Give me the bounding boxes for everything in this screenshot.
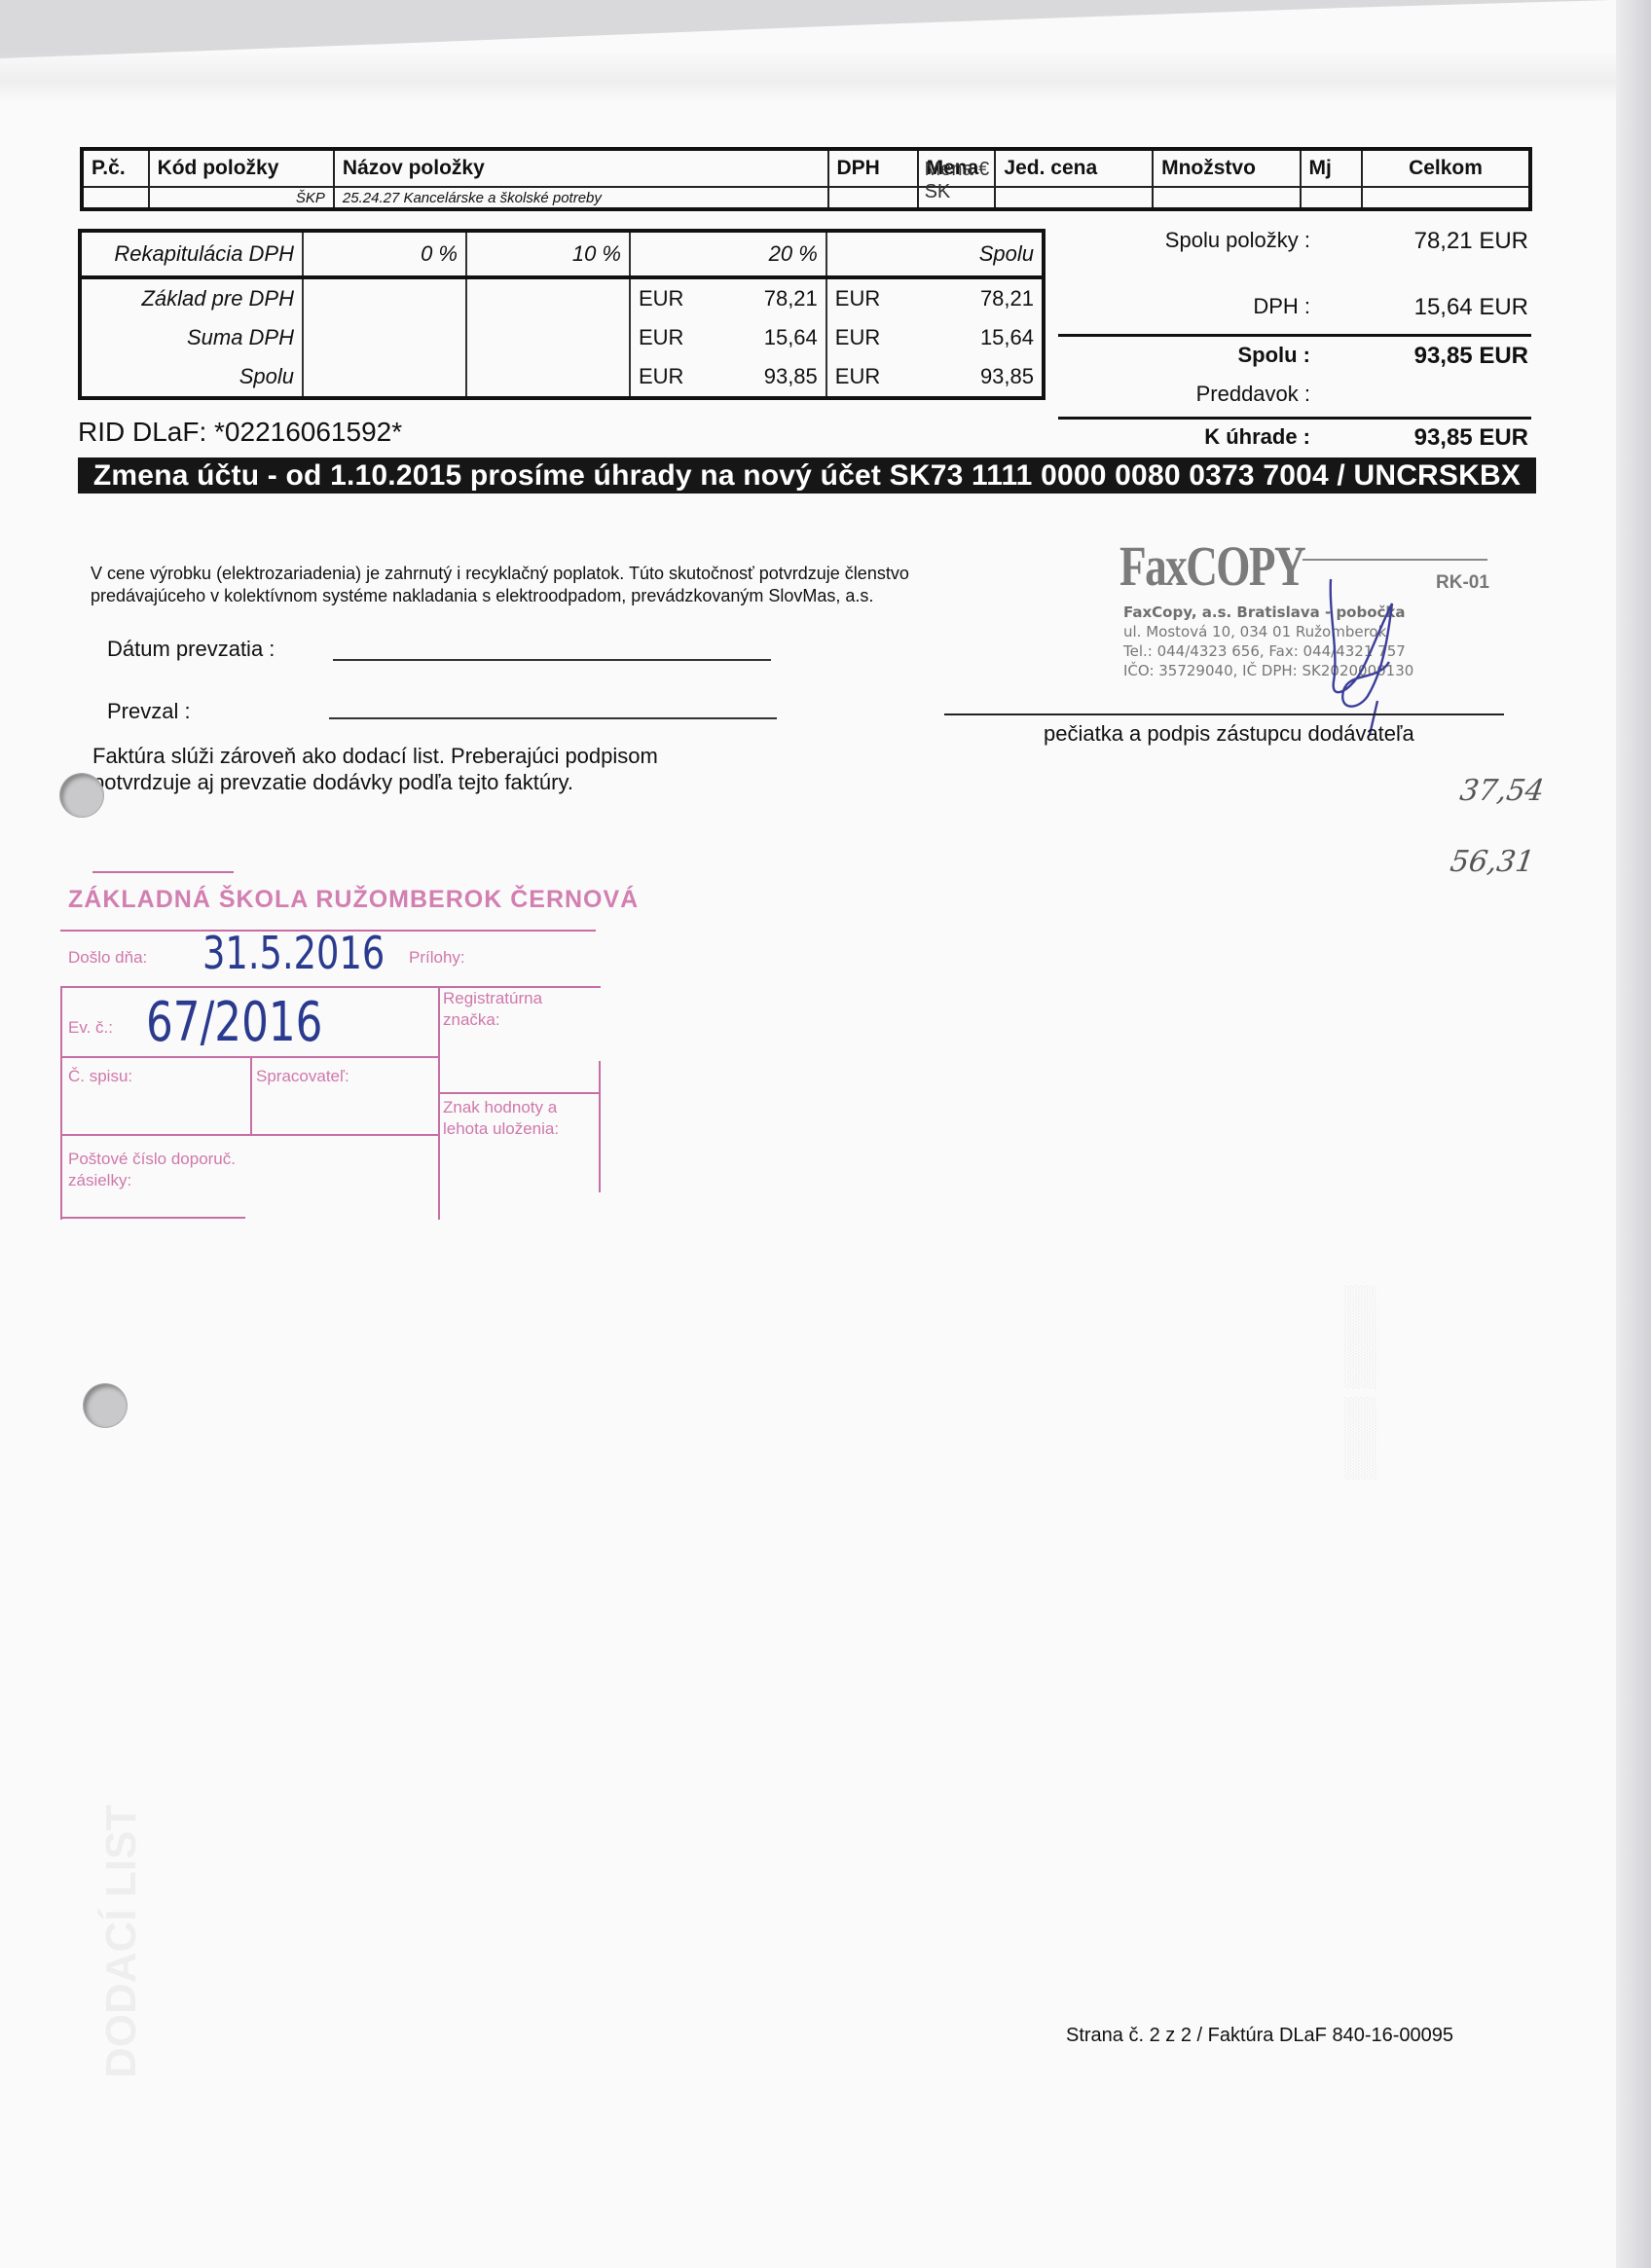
vat-row-r0	[303, 277, 466, 318]
vat-total-header: Spolu	[826, 231, 1044, 277]
vat-title: Rekapitulácia DPH	[80, 231, 303, 277]
stamp-ev-label: Ev. č.:	[68, 1017, 113, 1039]
stamp-attachments-label: Prílohy:	[409, 947, 465, 969]
summary-advance-label: Preddavok :	[1061, 382, 1310, 407]
col-header-total: Celkom	[1362, 149, 1530, 187]
stamp-postal-label: Poštové číslo doporuč. zásielky:	[68, 1149, 263, 1191]
items-header-row: P.č. Kód položky Názov položky DPH Mena …	[82, 149, 1530, 187]
vat-recap-table: Rekapitulácia DPH 0 % 10 % 20 % Spolu Zá…	[78, 229, 1046, 400]
stamp-processor-label: Spracovateľ:	[256, 1066, 349, 1087]
vat-row: Spolu EUR 93,85 EUR 93,85	[80, 357, 1044, 398]
vat-row-r20: 93,85	[721, 357, 825, 398]
delivery-note-line: Faktúra slúži zároveň ako dodací list. P…	[92, 743, 658, 769]
summary-divider	[1058, 417, 1531, 420]
vat-row-r10	[466, 277, 630, 318]
bleed-through-text: DODACÍ LIST	[97, 1805, 146, 2078]
stamp-rule	[92, 871, 234, 873]
punch-hole-icon	[84, 1384, 127, 1427]
summary-divider	[1058, 334, 1531, 337]
received-by-label: Prevzal :	[107, 699, 191, 724]
summary-items-total-label: Spolu položky :	[1061, 228, 1310, 255]
vat-row-total: 15,64	[928, 318, 1045, 357]
receipt-date-field[interactable]	[333, 659, 771, 661]
vat-row-r10	[466, 357, 630, 398]
signature-line[interactable]	[944, 713, 1504, 715]
faxcopy-code: RK-01	[1436, 572, 1489, 594]
summary-total-label: Spolu :	[1061, 343, 1310, 370]
cell-pc	[82, 187, 149, 209]
vat-row-label: Spolu	[80, 357, 303, 398]
vat-row-label: Suma DPH	[80, 318, 303, 357]
summary-due-label: K úhrade :	[1061, 424, 1310, 452]
col-header-vat: DPH	[828, 149, 918, 187]
signature-caption: pečiatka a podpis zástupcu dodávateľa	[1044, 721, 1414, 747]
stamp-rule	[599, 1061, 601, 1192]
stamp-ev-value: 67/2016	[146, 991, 322, 1054]
rid-number: RID DLaF: *02216061592*	[78, 417, 402, 448]
stamp-rule	[438, 986, 440, 1220]
stamp-rule	[60, 986, 62, 1220]
vat-rate-20: 20 %	[630, 231, 826, 277]
col-header-unit: Mj	[1301, 149, 1362, 187]
stamp-rule	[438, 1092, 599, 1094]
cell-unit-price	[995, 187, 1153, 209]
vat-row-total-currency: EUR	[826, 277, 928, 318]
summary-advance-value	[1310, 382, 1528, 407]
vat-rate-10: 10 %	[466, 231, 630, 277]
summary-items-total: Spolu položky : 78,21 EUR	[1061, 228, 1528, 255]
col-header-currency-overlay: Mena € SK	[925, 159, 995, 203]
vat-row-total: 78,21	[928, 277, 1045, 318]
summary-vat: DPH : 15,64 EUR	[1061, 294, 1528, 321]
page-footer: Strana č. 2 z 2 / Faktúra DLaF 840-16-00…	[1066, 2025, 1453, 2047]
col-header-pc: P.č.	[82, 149, 149, 187]
summary-advance: Preddavok :	[1061, 382, 1528, 407]
stamp-rule	[60, 1056, 438, 1058]
stamp-received-value: 31.5.2016	[202, 927, 385, 979]
vat-rate-0: 0 %	[303, 231, 466, 277]
summary-items-total-value: 78,21 EUR	[1310, 228, 1528, 255]
vat-row-r20: 78,21	[721, 277, 825, 318]
stamp-received-label: Došlo dňa:	[68, 947, 147, 969]
stamp-file-no-label: Č. spisu:	[68, 1066, 132, 1087]
stamp-rule	[60, 1217, 245, 1219]
receipt-date-label: Dátum prevzatia :	[107, 637, 275, 662]
vat-row-total-currency: EUR	[826, 357, 928, 398]
stamp-rule	[60, 1134, 438, 1136]
pencil-note: 56,31	[1449, 845, 1537, 879]
cell-vat	[828, 187, 918, 209]
vat-row-total: 93,85	[928, 357, 1045, 398]
vat-row-label: Základ pre DPH	[80, 277, 303, 318]
received-by-field[interactable]	[329, 717, 777, 719]
recycling-note: V cene výrobku (elektrozariadenia) je za…	[91, 563, 1025, 607]
stamp-value-mark-label: Znak hodnoty a lehota uloženia:	[443, 1097, 589, 1140]
summary-due: K úhrade : 93,85 EUR	[1061, 424, 1528, 452]
cell-code: ŠKP	[149, 187, 334, 209]
col-header-unit-price: Jed. cena	[995, 149, 1153, 187]
punch-hole-icon	[60, 774, 103, 817]
recycling-note-line: V cene výrobku (elektrozariadenia) je za…	[91, 563, 1025, 585]
vat-row-r10	[466, 318, 630, 357]
col-header-quantity: Množstvo	[1153, 149, 1300, 187]
vat-row-r0	[303, 357, 466, 398]
faxcopy-logo: FaxCOPY	[1119, 533, 1304, 599]
summary-vat-value: 15,64 EUR	[1310, 294, 1528, 321]
cell-name: 25.24.27 Kancelárske a školské potreby	[334, 187, 828, 209]
vat-header-row: Rekapitulácia DPH 0 % 10 % 20 % Spolu	[80, 231, 1044, 277]
bleed-through-text: ▒▒▒▒ ▒▒▒▒▒	[1343, 1285, 1376, 1480]
cell-total	[1362, 187, 1530, 209]
paper-fold-shadow	[0, 0, 1616, 102]
stamp-rule	[250, 1056, 252, 1134]
summary-total-value: 93,85 EUR	[1310, 343, 1528, 370]
items-table: P.č. Kód položky Názov položky DPH Mena …	[80, 147, 1532, 211]
vat-row: Suma DPH EUR 15,64 EUR 15,64	[80, 318, 1044, 357]
summary-due-value: 93,85 EUR	[1310, 424, 1528, 452]
vat-row: Základ pre DPH EUR 78,21 EUR 78,21	[80, 277, 1044, 318]
registry-stamp-title: ZÁKLADNÁ ŠKOLA RUŽOMBEROK ČERNOVÁ	[68, 886, 639, 914]
delivery-note-line: potvrdzuje aj prevzatie dodávky podľa te…	[92, 769, 658, 795]
vat-row-total-currency: EUR	[826, 318, 928, 357]
vat-row-r20-currency: EUR	[630, 277, 721, 318]
vat-row-r20-currency: EUR	[630, 318, 721, 357]
vat-row-r20-currency: EUR	[630, 357, 721, 398]
col-header-code: Kód položky	[149, 149, 334, 187]
recycling-note-line: predávajúceho v kolektívnom systéme nakl…	[91, 585, 1025, 607]
summary-vat-label: DPH :	[1061, 294, 1310, 321]
account-change-banner: Zmena účtu - od 1.10.2015 prosíme úhrady…	[78, 457, 1536, 494]
table-row: ŠKP 25.24.27 Kancelárske a školské potre…	[82, 187, 1530, 209]
scan-edge	[1616, 0, 1651, 2268]
vat-row-r20: 15,64	[721, 318, 825, 357]
summary-total: Spolu : 93,85 EUR	[1061, 343, 1528, 370]
vat-row-r0	[303, 318, 466, 357]
delivery-note: Faktúra slúži zároveň ako dodací list. P…	[92, 743, 658, 795]
col-header-name: Názov položky	[334, 149, 828, 187]
cell-unit	[1301, 187, 1362, 209]
pencil-note: 37,54	[1458, 774, 1547, 808]
stamp-reg-mark-label: Registratúrna značka:	[443, 988, 579, 1031]
cell-quantity	[1153, 187, 1300, 209]
col-header-currency: Mena Mena € SK	[918, 149, 996, 187]
faxcopy-logo-rule	[1302, 559, 1487, 561]
